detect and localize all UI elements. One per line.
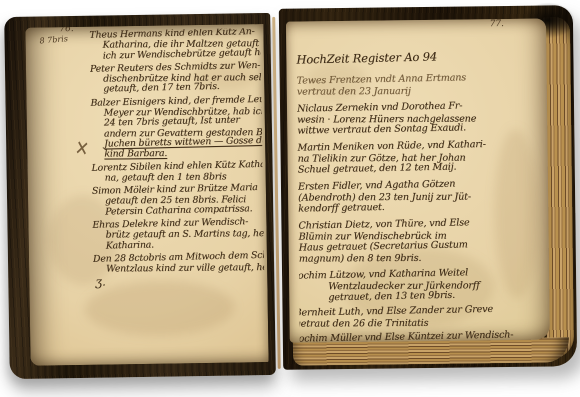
handwritten-line: Wentzlaus kind zur ville getauft, heißt … xyxy=(106,263,264,275)
right-page-number: 77. xyxy=(490,19,504,29)
left-page-entries: Theus Hermans kind ehlen Kütz An-Kathari… xyxy=(89,28,264,278)
register-entry: Lorentz Sibilen kind ehlen Kütz Kathari-… xyxy=(91,161,262,184)
handwritten-line: Niclaus Zernekin vnd Dorothea Fr- xyxy=(297,99,543,115)
register-entry: Den 28 8ctobris am Mitwoch dem Schäfer J… xyxy=(93,252,264,275)
register-entry: Jochim Lützow, vnd Katharina WeitelWentz… xyxy=(296,268,545,304)
register-entry: Christian Dietz, von Thüre, vnd ElseBlüm… xyxy=(298,218,545,265)
handwritten-line: Christian Dietz, von Thüre, vnd Else xyxy=(298,216,544,232)
open-register-book: 76. 8 7bris ✕ ʒ. Theus Hermans kind ehle… xyxy=(0,0,580,397)
handwritten-line: vertraut den 23 Januarij xyxy=(297,85,543,98)
handwritten-line: Tewes Frentzen vndt Anna Ertmans xyxy=(297,71,543,87)
register-entry: Niclaus Zernekin vnd Dorothea Fr-wesin ·… xyxy=(297,101,543,137)
register-entry: Ehras Delekre kind zur Wendisch-brütz ge… xyxy=(92,218,263,252)
left-margin-date-note: 8 7bris xyxy=(39,34,68,45)
margin-x-mark: ✕ xyxy=(73,135,90,162)
handwritten-line: kind Barbara. xyxy=(104,148,262,160)
handwritten-line: ich zur Wendischebrütze getauft habe.. xyxy=(103,48,261,62)
register-entry: Theus Hermans kind ehlen Kütz An-Kathari… xyxy=(89,28,260,62)
register-entry: Peter Reuters des Schmidts zur Wen-disch… xyxy=(90,62,261,96)
left-page-parchment: 76. 8 7bris ✕ ʒ. Theus Hermans kind ehle… xyxy=(25,24,270,366)
right-page-entries: HochZeit Register Ao 94 Tewes Frentzen v… xyxy=(296,51,546,343)
handwritten-line: getraut den 26 die Trinitatis xyxy=(296,317,545,330)
register-entry: Martin Meniken von Rüde, vnd Kathari-na … xyxy=(297,140,543,176)
handwritten-line: Bernheit Luth, vnd Else Zander zur Greve xyxy=(296,303,545,319)
register-entry: Balzer Eisnigers kind, der fremde LeuteM… xyxy=(90,96,262,160)
handwritten-line: Ersten Fidler, vnd Agatha Götzen xyxy=(298,177,544,193)
stain xyxy=(84,280,235,337)
register-entry: Tewes Frentzen vndt Anna Ertmansvertraut… xyxy=(297,73,543,98)
left-page-cover: 76. 8 7bris ✕ ʒ. Theus Hermans kind ehle… xyxy=(4,13,276,379)
register-entry: Ersten Fidler, vnd Agatha Götzen(Abendro… xyxy=(298,179,544,215)
register-entry: Bernheit Luth, vnd Else Zander zur Greve… xyxy=(296,305,545,330)
handwritten-line: magnum) den 8 ten 9bris. xyxy=(299,252,545,265)
right-page-cover: 77. HochZeit Register Ao 94 Tewes Frentz… xyxy=(279,5,577,370)
register-entry: Simon Möleir kind zur Brütze Mariagetauf… xyxy=(92,184,263,218)
handwritten-line: Martin Meniken von Rüde, vnd Kathari- xyxy=(297,138,543,154)
register-heading: HochZeit Register Ao 94 xyxy=(296,51,542,67)
handwritten-line: getauft, den 17 ten 7bris. xyxy=(103,81,261,95)
right-page-parchment: 77. HochZeit Register Ao 94 Tewes Frentz… xyxy=(286,19,550,343)
